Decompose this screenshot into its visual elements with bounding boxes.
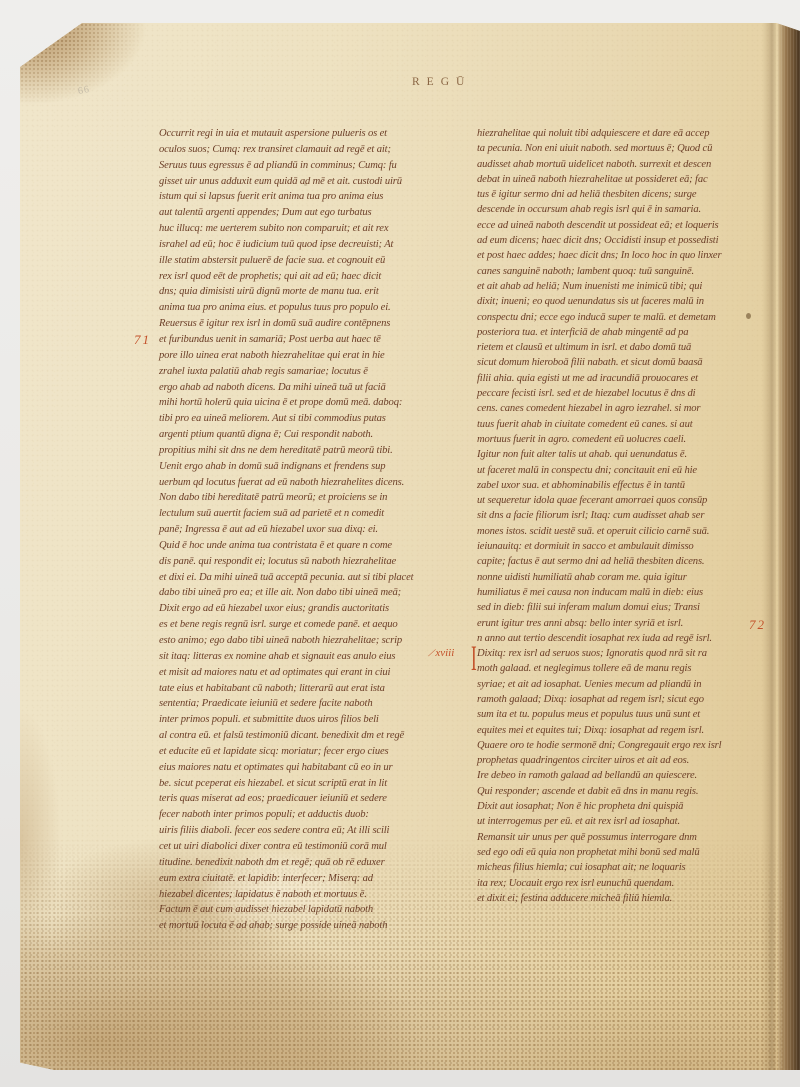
manuscript-line: es et bene regis regnū isrl. surge et co… xyxy=(159,617,465,633)
manuscript-line: dabo tibi uineā pro ea; et ille ait. Non… xyxy=(159,585,465,601)
manuscript-line: inter primos populi. et submittite duos … xyxy=(159,712,465,728)
manuscript-line: Seruus tuus egressus ē ad pliandū in com… xyxy=(159,158,465,174)
photo-backdrop: 66 REGŪ 71 xviii 72 I Occurrit regi in u… xyxy=(0,0,800,1087)
page-crease xyxy=(762,23,776,1070)
manuscript-line: aut talentū argenti appendes; Dum aut eg… xyxy=(159,205,465,221)
manuscript-line: tate eius et habitabant cū naboth; litte… xyxy=(159,681,465,697)
manuscript-line: uerbum qd locutus fuerat ad eū naboth hi… xyxy=(159,475,465,491)
manuscript-line: peccare fecisti isrl. sed et de hiezabel… xyxy=(477,386,783,401)
manuscript-line: ad eum dicens; haec dicit dns; Occidisti… xyxy=(477,233,783,248)
manuscript-line: syriae; et ait ad iosaphat. Uenies mecum… xyxy=(477,677,783,692)
manuscript-line: al contra eū. et falsū testimoniū dicant… xyxy=(159,728,465,744)
manuscript-line: sit itaq: litteras ex nomine ahab et sig… xyxy=(159,649,465,665)
manuscript-line: hiezabel dicentes; lapidatus ē naboth et… xyxy=(159,887,465,903)
manuscript-line: dixit; inueni; eo quod uenundatus sis ut… xyxy=(477,294,783,309)
manuscript-line: sum ita et tu. populus meus et populus t… xyxy=(477,707,783,722)
manuscript-line: equites mei et equites tui; Dixq: iosaph… xyxy=(477,723,783,738)
manuscript-line: dis panē. qui respondit ei; locutus sū n… xyxy=(159,554,465,570)
manuscript-line: prophetas quadringentos circiter uiros e… xyxy=(477,753,783,768)
manuscript-line: et mortuū locuta ē ad ahab; surge possid… xyxy=(159,918,465,934)
manuscript-line: et post haec addes; haec dicit dns; In l… xyxy=(477,248,783,263)
manuscript-line: ergo ahab ad naboth dicens. Da mihi uine… xyxy=(159,380,465,396)
manuscript-line: cet ut uiri diabolici dixer contra eū te… xyxy=(159,839,465,855)
manuscript-line: titudine. benedixit naboth dm et regē; q… xyxy=(159,855,465,871)
manuscript-line: esto animo; ego dabo tibi uineā naboth h… xyxy=(159,633,465,649)
manuscript-line: uiris filiis diaboli. fecer eos sedere c… xyxy=(159,823,465,839)
manuscript-line: gisset uir unus adduxit eum quidā ad mē … xyxy=(159,174,465,190)
manuscript-line: et furibundus uenit in samariā; Post uer… xyxy=(159,332,465,348)
manuscript-page: 66 REGŪ 71 xviii 72 I Occurrit regi in u… xyxy=(20,23,800,1070)
book-fore-edge xyxy=(778,23,800,1070)
text-column-right: hiezrahelitae qui noluit tibi adquiescer… xyxy=(477,126,783,906)
manuscript-line: micheas filius hiemla; cui iosaphat ait;… xyxy=(477,860,783,875)
manuscript-line: fecer naboth inter primos populi; et add… xyxy=(159,807,465,823)
manuscript-line: anima tua pro anima eius. et populus tuu… xyxy=(159,300,465,316)
manuscript-line: huc illucq: me uerterem subito non compa… xyxy=(159,221,465,237)
manuscript-line: be. sicut pceperat eis hiezabel. et sicu… xyxy=(159,776,465,792)
manuscript-line: sententia; Praedicate ieiuniū et sedere … xyxy=(159,696,465,712)
manuscript-line: panē; Ingressa ē aut ad eū hiezabel uxor… xyxy=(159,522,465,538)
manuscript-line: Quaere oro te hodie sermonē dni; Congreg… xyxy=(477,738,783,753)
manuscript-line: oculos suos; Cumq: rex transiret clamaui… xyxy=(159,142,465,158)
chapter-number-left-margin: 71 xyxy=(134,332,151,348)
manuscript-line: et ait ahab ad heliā; Num inuenisti me i… xyxy=(477,279,783,294)
manuscript-line: mortuus fuerit in agro. comedent eū uolu… xyxy=(477,432,783,447)
manuscript-line: dns; quia dimisisti uirū dignū morte de … xyxy=(159,284,465,300)
manuscript-line: Uenit ergo ahab in domū suā indignans et… xyxy=(159,459,465,475)
manuscript-line: ieiunauitq: et dormiuit in sacco et ambu… xyxy=(477,539,783,554)
manuscript-line: Non dabo tibi hereditatē patrū meorū; et… xyxy=(159,490,465,506)
manuscript-line: n anno aut tertio descendit iosaphat rex… xyxy=(477,631,783,646)
manuscript-line: nonne uidisti humiliatū ahab coram me. q… xyxy=(477,570,783,585)
manuscript-line: ut faceret malū in conspectu dni; concit… xyxy=(477,463,783,478)
manuscript-line: sit dns a facie filiorum isrl; Itaq: cum… xyxy=(477,508,783,523)
text-column-left: Occurrit regi in uia et mutauit aspersio… xyxy=(159,126,465,934)
manuscript-line: debat in uineā naboth hiezrahelitae ut p… xyxy=(477,172,783,187)
manuscript-line: cens. canes comedent hiezabel in agro ie… xyxy=(477,401,783,416)
manuscript-line: et educite eū et lapidate sicq: moriatur… xyxy=(159,744,465,760)
manuscript-line: et dixit ei; festina adducere micheā fil… xyxy=(477,891,783,906)
manuscript-line: zabel uxor sua. et abhominabilis effectu… xyxy=(477,478,783,493)
manuscript-line: lectulum suū auertit faciem suā ad parie… xyxy=(159,506,465,522)
manuscript-line: capite; factus ē aut sermo dni ad heliā … xyxy=(477,554,783,569)
manuscript-line: descende in occursum ahab regis isrl qui… xyxy=(477,202,783,217)
manuscript-line: Dixit aut iosaphat; Non ē hic propheta d… xyxy=(477,799,783,814)
manuscript-line: pore illo uinea erat naboth hiezrahelita… xyxy=(159,348,465,364)
manuscript-line: Igitur non fuit alter talis ut ahab. qui… xyxy=(477,447,783,462)
manuscript-line: ut sequeretur idola quae fecerant amorra… xyxy=(477,493,783,508)
manuscript-line: Quid ē hoc unde anima tua contristata ē … xyxy=(159,538,465,554)
manuscript-line: ta pecunia. Non eni uiuit naboth. sed mo… xyxy=(477,141,783,156)
manuscript-line: Dixitq: rex isrl ad seruos suos; Ignorat… xyxy=(477,646,783,661)
manuscript-line: eius maiores natu et optimates qui habit… xyxy=(159,760,465,776)
manuscript-line: ramoth galaad; Dixq: iosaphat ad regem i… xyxy=(477,692,783,707)
manuscript-line: zrahel iuxta palatiū ahab regis samariae… xyxy=(159,364,465,380)
manuscript-line: posteriora tua. et interficiā de ahab mi… xyxy=(477,325,783,340)
manuscript-line: Ire debeo in ramoth galaad ad bellandū a… xyxy=(477,768,783,783)
manuscript-line: Reuersus ē igitur rex isrl in domū suā a… xyxy=(159,316,465,332)
manuscript-line: filii ahia. quia egisti ut me ad iracund… xyxy=(477,371,783,386)
manuscript-line: mones istos. scidit uestē suā. et operui… xyxy=(477,524,783,539)
running-title: REGŪ xyxy=(412,76,471,88)
manuscript-line: erunt igitur tres anni absq: bello inter… xyxy=(477,616,783,631)
manuscript-line: argenti ptium quantū digna ē; Cui respon… xyxy=(159,427,465,443)
manuscript-line: istum qui si lapsus fuerit erit anima tu… xyxy=(159,189,465,205)
manuscript-line: Dixit ergo ad eū hiezabel uxor eius; gra… xyxy=(159,601,465,617)
manuscript-line: sed in dieb: filii sui inferam malum dom… xyxy=(477,600,783,615)
manuscript-line: Qui responder; ascende et dabit eā dns i… xyxy=(477,784,783,799)
manuscript-line: ecce ad uineā naboth descendit ut possid… xyxy=(477,218,783,233)
manuscript-line: rietem et clausū et ultimum in isrl. et … xyxy=(477,340,783,355)
rubric-initial-letter: I xyxy=(471,640,477,676)
manuscript-line: ut interrogemus per eū. et ait rex isrl … xyxy=(477,814,783,829)
manuscript-line: et dixi ei. Da mihi uineā tuā acceptā pe… xyxy=(159,570,465,586)
manuscript-line: tus ē igitur sermo dni ad heliā thesbite… xyxy=(477,187,783,202)
manuscript-line: Occurrit regi in uia et mutauit aspersio… xyxy=(159,126,465,142)
manuscript-line: teris quas miserat ad eos; praedicauer i… xyxy=(159,791,465,807)
manuscript-line: ille statim abstersit puluerē de facie s… xyxy=(159,253,465,269)
manuscript-line: audisset ahab mortuū uidelicet naboth. s… xyxy=(477,157,783,172)
manuscript-line: sed ego odi eū quia non prophetat mihi b… xyxy=(477,845,783,860)
manuscript-line: canes sanguinē naboth; lambent quoq: tuū… xyxy=(477,264,783,279)
manuscript-line: et misit ad maiores natu et ad optimates… xyxy=(159,665,465,681)
manuscript-line: tibi pro ea uineā meliorem. Aut si tibi … xyxy=(159,411,465,427)
manuscript-line: humiliatus ē mei causa non inducam malū … xyxy=(477,585,783,600)
manuscript-line: israhel ad eū; hoc ē iudicium tuū quod i… xyxy=(159,237,465,253)
manuscript-line: tuus fuerit ahab in ciuitate comedent eū… xyxy=(477,417,783,432)
manuscript-line: eum extra ciuitatē. et lapidib: interfec… xyxy=(159,871,465,887)
manuscript-line: conspectu dni; ecce ego inducā super te … xyxy=(477,310,783,325)
manuscript-line: mihi hortū holerū quia uicina ē et prope… xyxy=(159,395,465,411)
manuscript-line: sicut domum hieroboā filii nabath. et si… xyxy=(477,355,783,370)
manuscript-line: hiezrahelitae qui noluit tibi adquiescer… xyxy=(477,126,783,141)
manuscript-line: Factum ē aut cum audisset hiezabel lapid… xyxy=(159,902,465,918)
manuscript-line: Remansit uir unus per quē possumus inter… xyxy=(477,830,783,845)
manuscript-line: moth galaad. et neglegimus tollere eā de… xyxy=(477,661,783,676)
manuscript-line: rex isrl quod eēt de prophetis; qui ait … xyxy=(159,269,465,285)
manuscript-line: propitius mihi sit dns ne dem hereditatē… xyxy=(159,443,465,459)
manuscript-line: ita rex; Uocauit ergo rex isrl eunuchū q… xyxy=(477,876,783,891)
